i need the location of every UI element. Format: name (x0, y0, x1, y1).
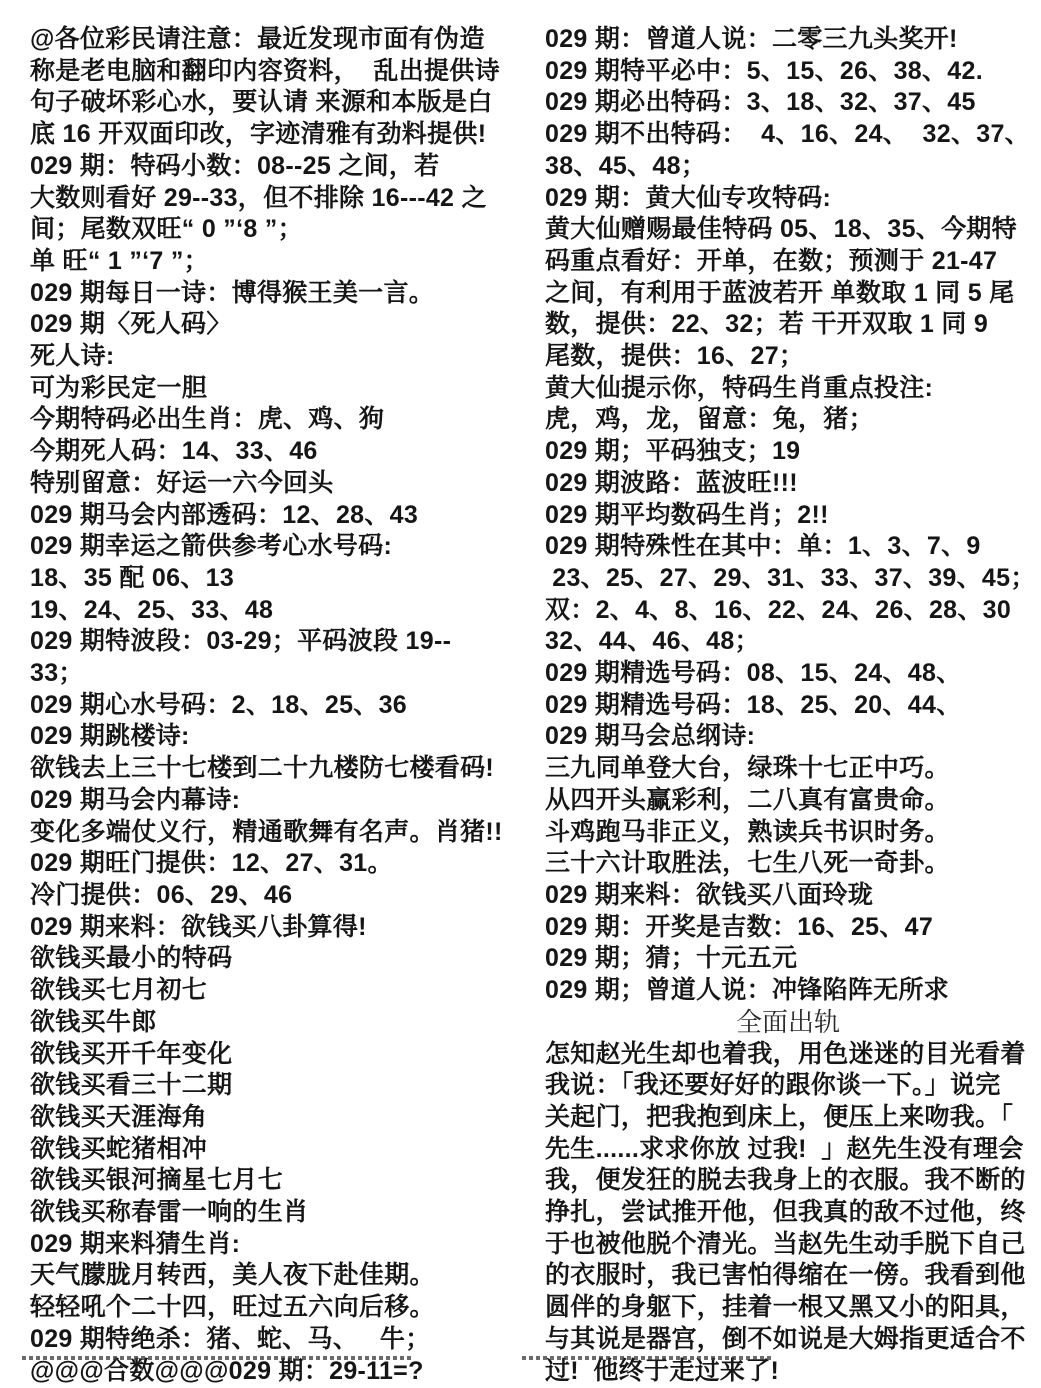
right-column-tips: 029 期：曾道人说：二零三九头奖开!029 期特平必中：5、15、26、38、… (545, 24, 1031, 1007)
story-text: 怎知赵光生却也着我，用色迷迷的目光看着我说：「我还要好好的跟你谈一下。」说完关起… (545, 1039, 1031, 1388)
text-line: 尾数，提供：16、27； (545, 341, 1031, 373)
text-line: 变化多端仗义行，精通歌舞有名声。肖猪!! (30, 817, 522, 849)
text-line: 大数则看好 29--33，但不排除 16---42 之 (30, 183, 522, 215)
text-line: 特别留意：好运一六今回头 (30, 468, 522, 500)
text-line: 欲钱买七月初七 (30, 975, 522, 1007)
text-line: 可为彩民定一胆 (30, 373, 522, 405)
text-line: 虎，鸡，龙，留意：兔，猪； (545, 404, 1031, 436)
text-line: 间；尾数双旺“ 0 ”‘8 ”； (30, 214, 522, 246)
story-title: 全面出轨 (545, 1007, 1031, 1039)
text-line: 029 期不出特码： 4、16、24、 32、37、 (545, 119, 1031, 151)
text-line: 029 期每日一诗：博得猴王美一言。 (30, 278, 522, 310)
text-line: 029 期必出特码：3、18、32、37、45 (545, 87, 1031, 119)
text-line: 的衣服时，我已害怕得缩在一傍。我看到他 (545, 1260, 1031, 1292)
text-line: 码重点看好：开单，在数；预测于 21-47 (545, 246, 1031, 278)
lottery-tips-left-column: @各位彩民请注意：最近发现市面有伪造称是老电脑和翻印内容资料， 乱出提供诗句子破… (30, 24, 522, 1387)
text-line: 欲钱买天涯海角 (30, 1102, 522, 1134)
text-line: 029 期；猜；十元五元 (545, 943, 1031, 975)
cropped-next-line-artifact-right (522, 1356, 772, 1360)
text-line: 关起门，把我抱到床上，便压上来吻我。「 (545, 1102, 1031, 1134)
text-line: 单 旺“ 1 ”‘7 ”； (30, 246, 522, 278)
text-line: 029 期特平必中：5、15、26、38、42. (545, 56, 1031, 88)
text-line: 029 期精选号码：08、15、24、48、 (545, 658, 1031, 690)
text-line: 欲钱买开千年变化 (30, 1039, 522, 1071)
text-line: 029 期：开奖是吉数：16、25、47 (545, 912, 1031, 944)
text-line: 029 期马会内部透码：12、28、43 (30, 500, 522, 532)
text-line: 双：2、4、8、16、22、24、26、28、30 (545, 595, 1031, 627)
text-line: 欲钱买牛郎 (30, 1007, 522, 1039)
text-line: 32、44、46、48； (545, 626, 1031, 658)
text-line: 句子破坏彩心水，要认请 来源和本版是白 (30, 87, 522, 119)
text-line: 底 16 开双面印改，字迹清雅有劲料提供! (30, 119, 522, 151)
text-line: 029 期：曾道人说：二零三九头奖开! (545, 24, 1031, 56)
text-line: 圆伴的身躯下，挂着一根又黑又小的阳具， (545, 1292, 1031, 1324)
text-line: 029 期特绝杀：猪、蛇、马、 牛； (30, 1324, 522, 1356)
cropped-next-line-artifact-left (22, 1356, 414, 1360)
text-line: 黄大仙赠赐最佳特码 05、18、35、今期特 (545, 214, 1031, 246)
text-line: 怎知赵光生却也着我，用色迷迷的目光看着 (545, 1039, 1031, 1071)
text-line: 029 期平均数码生肖；2!! (545, 500, 1031, 532)
text-line: 黄大仙提示你，特码生肖重点投注: (545, 373, 1031, 405)
text-line: 029 期精选号码：18、25、20、44、 (545, 690, 1031, 722)
text-line: 029 期跳楼诗: (30, 721, 522, 753)
text-line: 三十六计取胜法，七生八死一奇卦。 (545, 848, 1031, 880)
text-line: 029 期：特码小数：08--25 之间，若 (30, 151, 522, 183)
text-line: 挣扎，尝试推开他，但我真的敌不过他，终 (545, 1197, 1031, 1229)
text-line: 19、24、25、33、48 (30, 595, 522, 627)
text-line: 今期死人码：14、33、46 (30, 436, 522, 468)
text-line: 18、35 配 06、13 (30, 563, 522, 595)
text-line: 于也被他脱个清光。当赵先生动手脱下自己 (545, 1229, 1031, 1261)
text-line: 029 期特波段：03-29；平码波段 19-- (30, 626, 522, 658)
text-line: 过! 他终于走过来了! (545, 1356, 1031, 1388)
text-line: 欲钱买银河摘星七月七 (30, 1165, 522, 1197)
text-line: 029 期；曾道人说：冲锋陷阵无所求 (545, 975, 1031, 1007)
text-line: 029 期〈死人码〉 (30, 309, 522, 341)
text-line: 斗鸡跑马非正义，熟读兵书识时务。 (545, 817, 1031, 849)
text-line: 之间，有利用于蓝波若开 单数取 1 同 5 尾 (545, 278, 1031, 310)
text-line: 029 期来料：欲钱买八面玲珑 (545, 880, 1031, 912)
text-line: 天气朦胧月转西，美人夜下赴佳期。 (30, 1260, 522, 1292)
text-line: 029 期来料：欲钱买八卦算得! (30, 912, 522, 944)
lottery-tips-right-column: 029 期：曾道人说：二零三九头奖开!029 期特平必中：5、15、26、38、… (545, 24, 1031, 1387)
scanned-lottery-tips-page: @各位彩民请注意：最近发现市面有伪造称是老电脑和翻印内容资料， 乱出提供诗句子破… (0, 0, 1041, 1388)
text-line: 029 期马会总纲诗: (545, 721, 1031, 753)
text-line: 029 期心水号码：2、18、25、36 (30, 690, 522, 722)
text-line: @各位彩民请注意：最近发现市面有伪造 (30, 24, 522, 56)
text-line: 029 期；平码独支；19 (545, 436, 1031, 468)
text-line: 029 期：黄大仙专攻特码: (545, 183, 1031, 215)
text-line: 数，提供：22、32；若 干开双取 1 同 9 (545, 309, 1031, 341)
text-line: 先生......求求你放 过我! 」赵先生没有理会 (545, 1134, 1031, 1166)
text-line: 三九同单登大台，绿珠十七正中巧。 (545, 753, 1031, 785)
text-line: 029 期特殊性在其中：单：1、3、7、9 (545, 531, 1031, 563)
text-line: 欲钱买蛇猪相冲 (30, 1134, 522, 1166)
text-line: 从四开头赢彩利，二八真有富贵命。 (545, 785, 1031, 817)
text-line: 029 期幸运之箭供参考心水号码: (30, 531, 522, 563)
text-line: 我，便发狂的脱去我身上的衣服。我不断的 (545, 1165, 1031, 1197)
text-line: 我说：「我还要好好的跟你谈一下。」说完 (545, 1070, 1031, 1102)
text-line: 欲钱去上三十七楼到二十九楼防七楼看码! (30, 753, 522, 785)
text-line: 死人诗: (30, 341, 522, 373)
text-line: 称是老电脑和翻印内容资料， 乱出提供诗 (30, 56, 522, 88)
text-line: 冷门提供：06、29、46 (30, 880, 522, 912)
text-line: 029 期马会内幕诗: (30, 785, 522, 817)
text-line: @@@合数@@@029 期：29-11=? (30, 1356, 522, 1388)
text-line: 029 期旺门提供：12、27、31。 (30, 848, 522, 880)
text-line: 与其说是器宫，倒不如说是大姆指更适合不 (545, 1324, 1031, 1356)
text-line: 欲钱买称春雷一响的生肖 (30, 1197, 522, 1229)
text-line: 029 期波路：蓝波旺!!! (545, 468, 1031, 500)
text-line: 轻轻吼个二十四，旺过五六向后移。 (30, 1292, 522, 1324)
text-line: 33； (30, 658, 522, 690)
text-line: 今期特码必出生肖：虎、鸡、狗 (30, 404, 522, 436)
text-line: 欲钱买最小的特码 (30, 943, 522, 975)
text-line: 38、45、48； (545, 151, 1031, 183)
text-line: 23、25、27、29、31、33、37、39、45； (545, 563, 1031, 595)
text-line: 029 期来料猜生肖: (30, 1229, 522, 1261)
text-line: 欲钱买看三十二期 (30, 1070, 522, 1102)
